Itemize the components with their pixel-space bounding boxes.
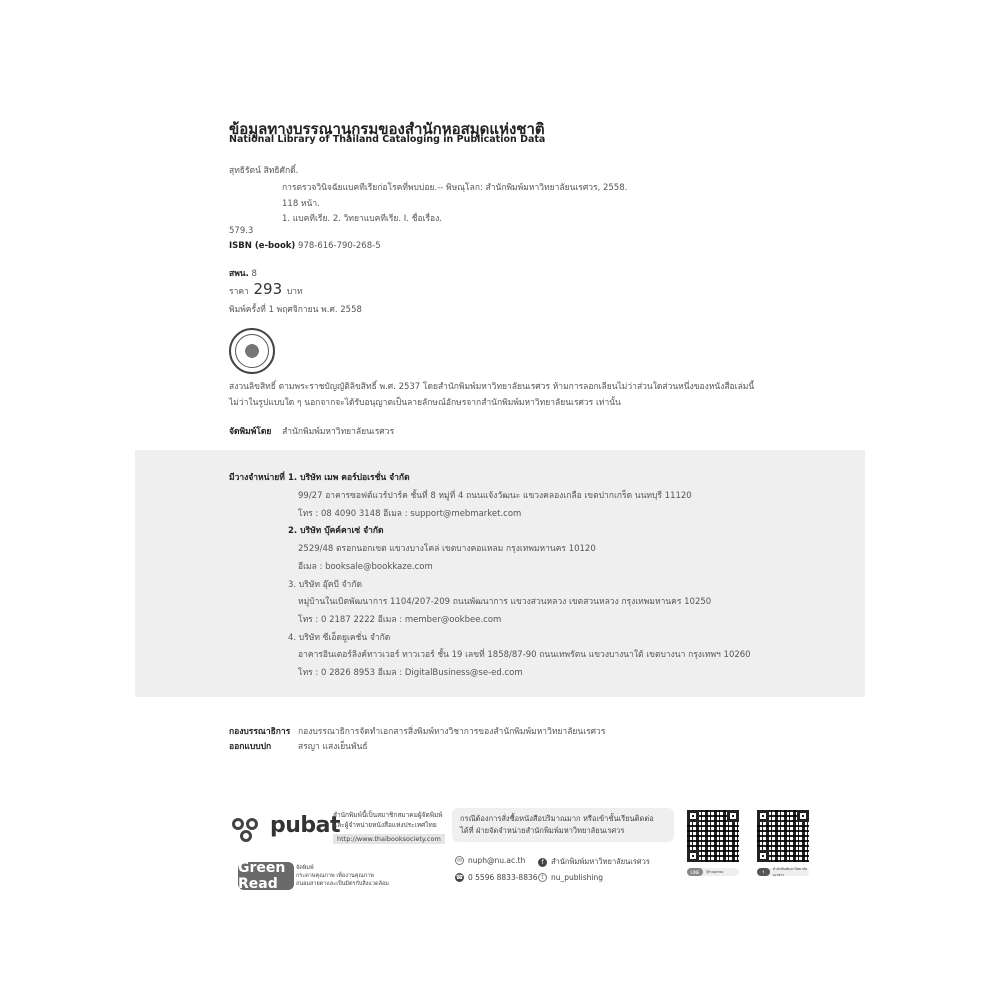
twitter-icon: t xyxy=(538,873,547,882)
distributor-4-contact: โทร : 0 2826 8953 อีเมล : DigitalBusines… xyxy=(298,665,523,679)
distributor-2-address: 2529/48 ตรอกนอกเขต แขวงบางโคล่ เขตบางคอแ… xyxy=(298,541,596,555)
qr-code-icon[interactable] xyxy=(687,810,739,862)
phone-icon: ☎ xyxy=(455,873,464,882)
line-pill: LINE xyxy=(687,868,703,876)
university-seal-icon xyxy=(229,328,275,374)
facebook-icon: f xyxy=(538,858,547,867)
cip-title: การตรวจวินิจฉัยแบคทีเรียก่อโรคที่พบบ่อย.… xyxy=(282,180,627,194)
cover-design-value: สรญา แสงเย็นพันธ์ xyxy=(298,739,368,753)
distributor-4-name: 4. บริษัท ซีเอ็ดยูเคชั่น จำกัด xyxy=(288,630,390,644)
pubat-url-link[interactable]: http://www.thaibooksociety.com xyxy=(333,834,445,844)
twitter-link[interactable]: nu_publishing xyxy=(551,873,603,882)
snpn-line: สพน. 8 xyxy=(229,266,257,280)
copyright-line-2: ไม่ว่าในรูปแบบใด ๆ นอกจากจะได้รับอนุญาตเ… xyxy=(229,395,621,409)
snpn-value: 8 xyxy=(252,269,257,279)
pubat-description: สำนักพิมพ์นี้เป็นสมาชิกสมาคมผู้จัดพิมพ์ … xyxy=(333,810,443,830)
publisher-value: สำนักพิมพ์มหาวิทยาลัยนเรศวร xyxy=(282,427,394,437)
price-label: ราคา xyxy=(229,287,249,297)
line-id: @nupress xyxy=(706,870,723,874)
envelope-icon: ✉ xyxy=(455,856,464,865)
pubat-wordmark: pubat xyxy=(270,813,340,838)
contact-twitter: t nu_publishing xyxy=(538,873,603,882)
facebook-link[interactable]: สำนักพิมพ์มหาวิทยาลัยนเรศวร xyxy=(551,856,650,868)
qr-code-facebook-block: f สำนักพิมพ์มหาวิทยาลัยนเรศวร xyxy=(757,810,809,876)
green-desc-line-2: กระดาษคุณภาพ เพื่องานคุณภาพ xyxy=(296,872,389,880)
qr-code-line-block: LINE @nupress xyxy=(687,810,739,876)
publisher-line: จัดพิมพ์โดย สำนักพิมพ์มหาวิทยาลัยนเรศวร xyxy=(229,424,394,438)
qr-code-icon[interactable] xyxy=(757,810,809,862)
distributor-2-contact: อีเมล : booksale@bookkaze.com xyxy=(298,559,433,573)
editorial-label: กองบรรณาธิการ xyxy=(229,724,290,738)
cip-author: สุทธิรัตน์ สิทธิศักดิ์. xyxy=(229,163,298,177)
pubat-desc-line-2: และผู้จำหน่ายหนังสือแห่งประเทศไทย xyxy=(333,820,443,830)
page-title-english: National Library of Thailand Cataloging … xyxy=(229,134,545,145)
phone-number[interactable]: 0 5596 8833-8836 xyxy=(468,873,538,882)
pubat-logo: pubat xyxy=(232,810,340,840)
green-desc-line-1: จัดพิมพ์ xyxy=(296,864,389,872)
green-desc-line-3: ถนอมสายตาและเป็นมิตรกับสิ่งแวดล้อม xyxy=(296,880,389,888)
distributor-1-name: 1. บริษัท เมพ คอร์ปอเรชั่น จำกัด xyxy=(288,470,410,484)
distributor-3-name: 3. บริษัท อุ๊คบี จำกัด xyxy=(288,577,362,591)
price-unit: บาท xyxy=(287,287,303,297)
contact-facebook: f สำนักพิมพ์มหาวิทยาลัยนเรศวร xyxy=(538,856,650,868)
cip-class-number: 579.3 xyxy=(229,226,253,236)
distributor-3-contact: โทร : 0 2187 2222 อีเมล : member@ookbee.… xyxy=(298,612,501,626)
distributor-1-contact: โทร : 08 4090 3148 อีเมล : support@mebma… xyxy=(298,506,521,520)
distributor-1-address: 99/27 อาคารซอฟต์แวร์ปาร์ค ชั้นที่ 8 หมู่… xyxy=(298,488,692,502)
price-line: ราคา 293 บาท xyxy=(229,280,303,298)
cover-design-label: ออกแบบปก xyxy=(229,739,271,753)
distributor-4-address: อาคารอินเตอร์ลิงค์ทาวเวอร์ ทาวเวอร์ ชั้น… xyxy=(298,647,751,661)
snpn-label: สพน. xyxy=(229,269,249,279)
copyright-line-1: สงวนลิขสิทธิ์ ตามพระราชบัญญัติลิขสิทธิ์ … xyxy=(229,379,754,393)
publisher-label: จัดพิมพ์โดย xyxy=(229,427,271,437)
contact-email: ✉ nuph@nu.ac.th xyxy=(455,856,525,865)
editorial-value: กองบรรณาธิการจัดทำเอกสารสิ่งพิมพ์ทางวิชา… xyxy=(298,724,605,738)
cip-subjects: 1. แบคทีเรีย. 2. วิทยาแบคทีเรีย. I. ชื่อ… xyxy=(282,211,442,225)
edition-line: พิมพ์ครั้งที่ 1 พฤศจิกายน พ.ศ. 2558 xyxy=(229,302,362,316)
facebook-pill: f xyxy=(757,868,770,876)
distribution-label: มีวางจำหน่ายที่ xyxy=(229,470,285,484)
qr-facebook-label: f สำนักพิมพ์มหาวิทยาลัยนเรศวร xyxy=(757,868,809,876)
pubat-desc-line-1: สำนักพิมพ์นี้เป็นสมาชิกสมาคมผู้จัดพิมพ์ xyxy=(333,810,443,820)
price-value: 293 xyxy=(254,280,283,298)
email-link[interactable]: nuph@nu.ac.th xyxy=(468,856,525,865)
bulk-order-note: กรณีต้องการสั่งซื้อหนังสือปริมาณมาก หรือ… xyxy=(452,808,674,842)
isbn-value: 978-616-790-268-5 xyxy=(298,241,381,251)
distributor-3-address: หมู่บ้านในเบิตพัฒนาการ 1104/207-209 ถนนพ… xyxy=(298,594,711,608)
pubat-mark-icon xyxy=(232,810,264,840)
green-read-description: จัดพิมพ์ กระดาษคุณภาพ เพื่องานคุณภาพ ถนอ… xyxy=(296,864,389,888)
facebook-page-name: สำนักพิมพ์มหาวิทยาลัยนเรศวร xyxy=(773,866,809,878)
cip-isbn: ISBN (e-book) 978-616-790-268-5 xyxy=(229,241,381,251)
distributor-2-name: 2. บริษัท บุ๊คค์คาเซ่ จำกัด xyxy=(288,523,384,537)
green-read-logo: Green Read xyxy=(238,862,294,890)
isbn-label: ISBN (e-book) xyxy=(229,241,295,251)
cip-pages: 118 หน้า. xyxy=(282,196,320,210)
qr-line-label: LINE @nupress xyxy=(687,868,739,876)
contact-phone: ☎ 0 5596 8833-8836 xyxy=(455,873,538,882)
